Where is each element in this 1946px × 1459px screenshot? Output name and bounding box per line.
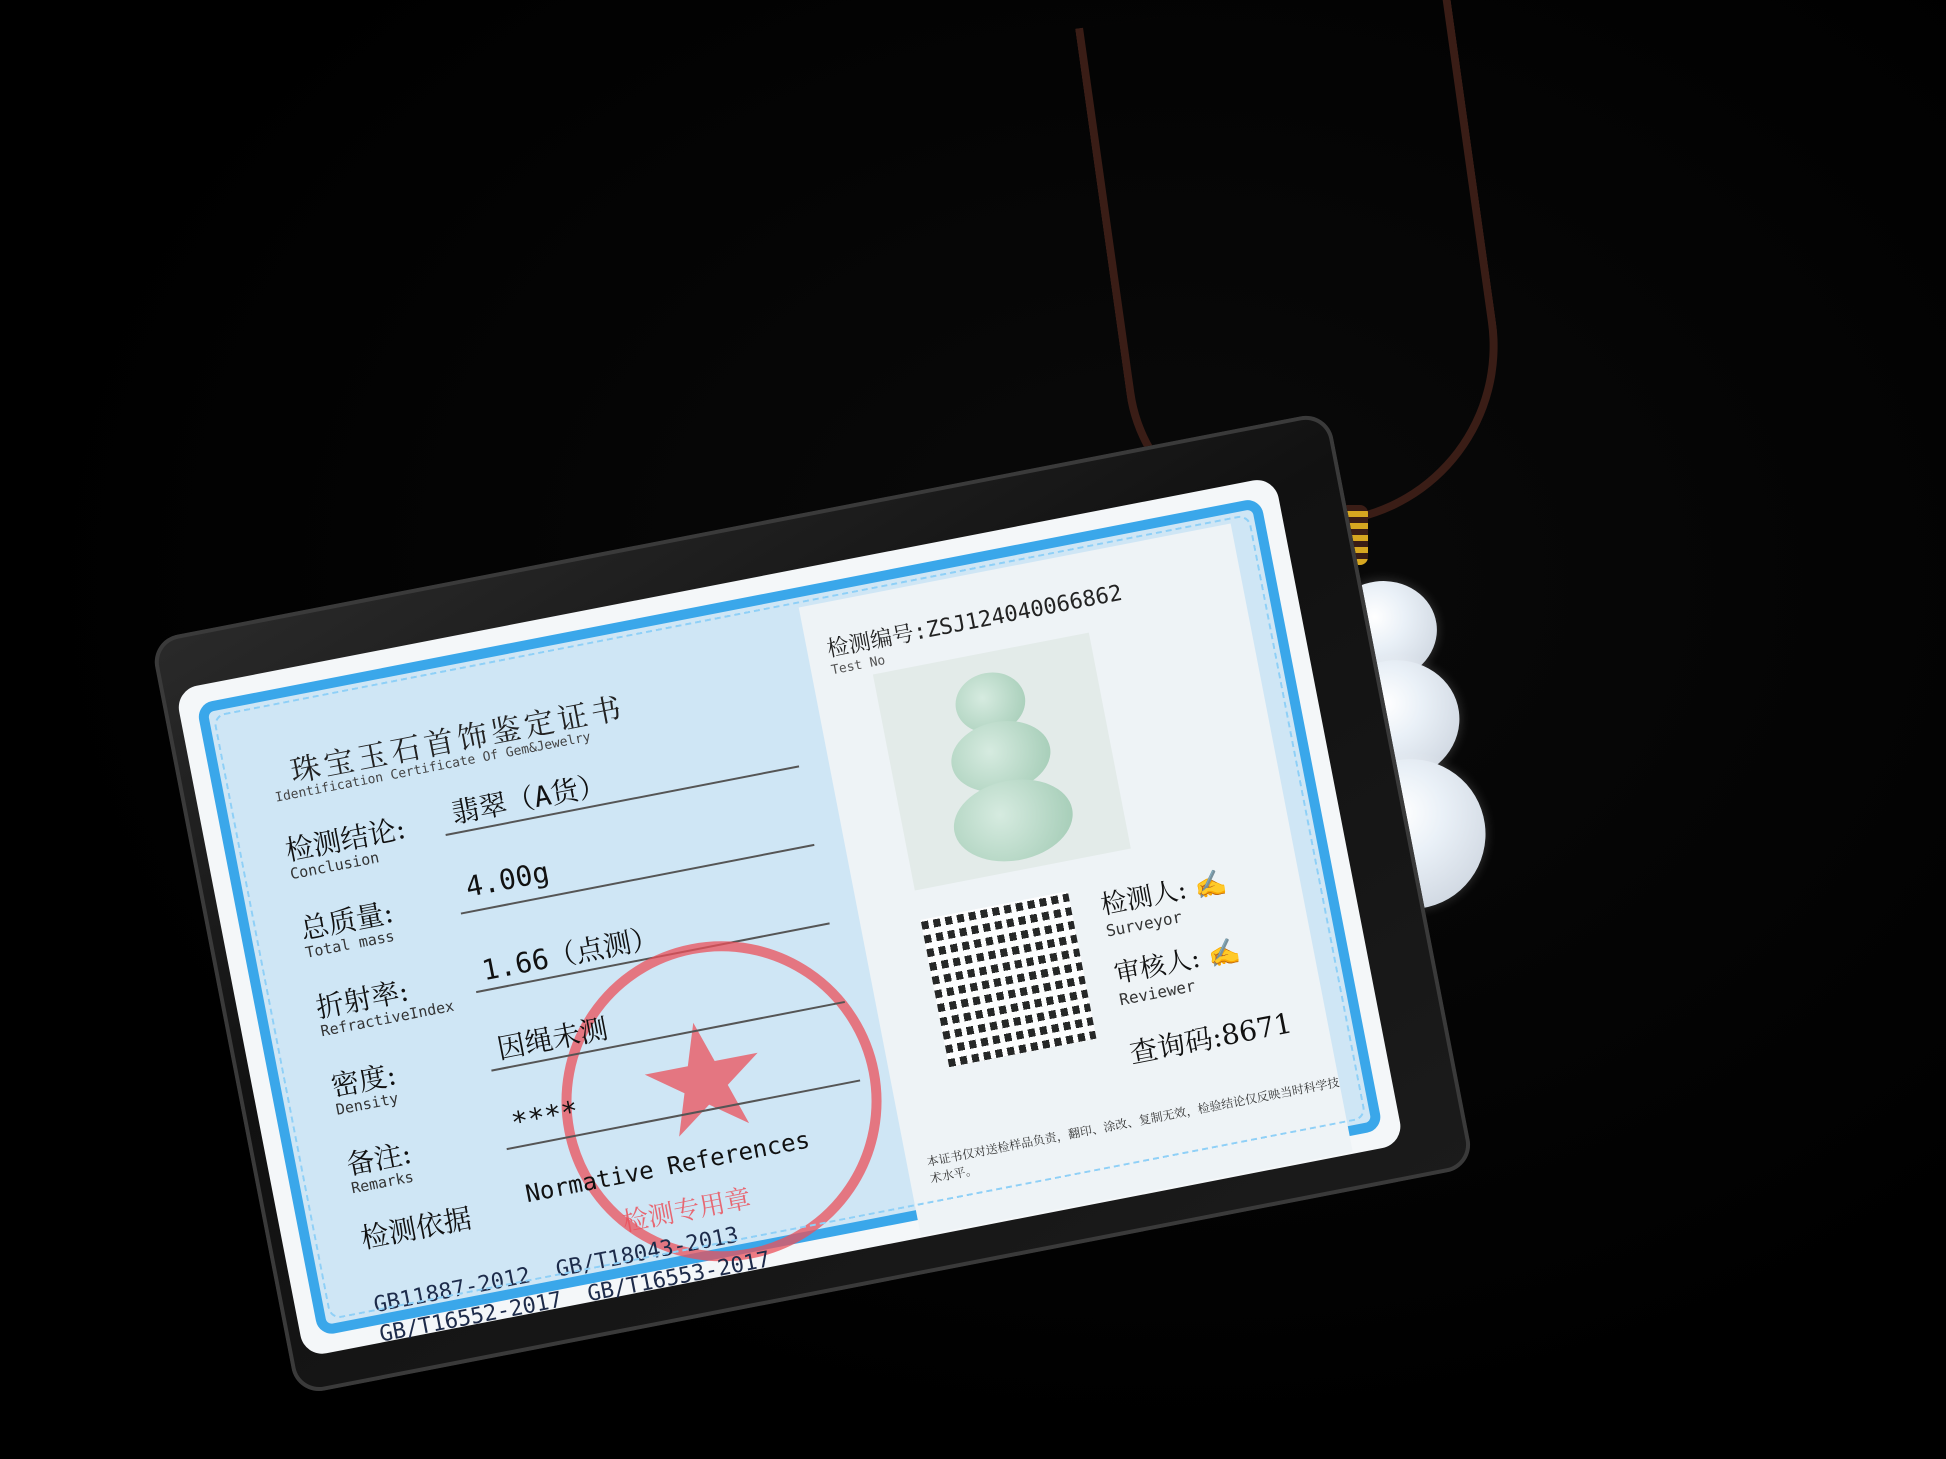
field-density: 密度: Density [328, 1053, 403, 1118]
certificate-left-panel: 珠宝玉石首饰鉴定证书 Identification Certificate Of… [241, 619, 909, 1334]
query-code: 查询码:8671 [1126, 1001, 1295, 1072]
field-refractive-index: 折射率: RefractiveIndex [312, 961, 455, 1040]
qr-code[interactable] [921, 891, 1097, 1067]
surveyor: 检测人: ✍ Surveyor [1097, 861, 1233, 940]
reviewer: 审核人: ✍ Reviewer [1111, 930, 1247, 1009]
references-heading: 检测依据 [357, 1197, 475, 1258]
certificate-right-panel: 检测编号:ZSJ124040066862 Test No 检测人: ✍ Surv… [799, 524, 1353, 1236]
field-remarks: 备注: Remarks [343, 1132, 418, 1197]
value-density: 因绳未测 [493, 1007, 611, 1068]
red-stamp [534, 914, 909, 1289]
value-total-mass: 4.00g [463, 855, 552, 903]
certificate-title: 珠宝玉石首饰鉴定证书 [286, 683, 628, 791]
field-total-mass: 总质量: Total mass [297, 891, 399, 962]
stamp-star-icon: ★ [624, 993, 785, 1166]
signature-icon: ✍ [1192, 867, 1230, 903]
certificate-subtitle: Identification Certificate Of Gem&Jewelr… [274, 730, 592, 806]
signature-icon: ✍ [1205, 936, 1243, 972]
value-conclusion: 翡翠（A货） [448, 763, 610, 832]
value-remarks: **** [509, 1094, 581, 1139]
field-conclusion: 检测结论: Conclusion [282, 807, 412, 883]
test-number: 检测编号:ZSJ124040066862 Test No [824, 576, 1127, 678]
references-heading-en: Normative References [523, 1125, 812, 1208]
pendant-photo [873, 633, 1131, 891]
stamp-text: 检测专用章 [619, 1178, 754, 1239]
value-refractive-index: 1.66（点测） [478, 916, 662, 990]
